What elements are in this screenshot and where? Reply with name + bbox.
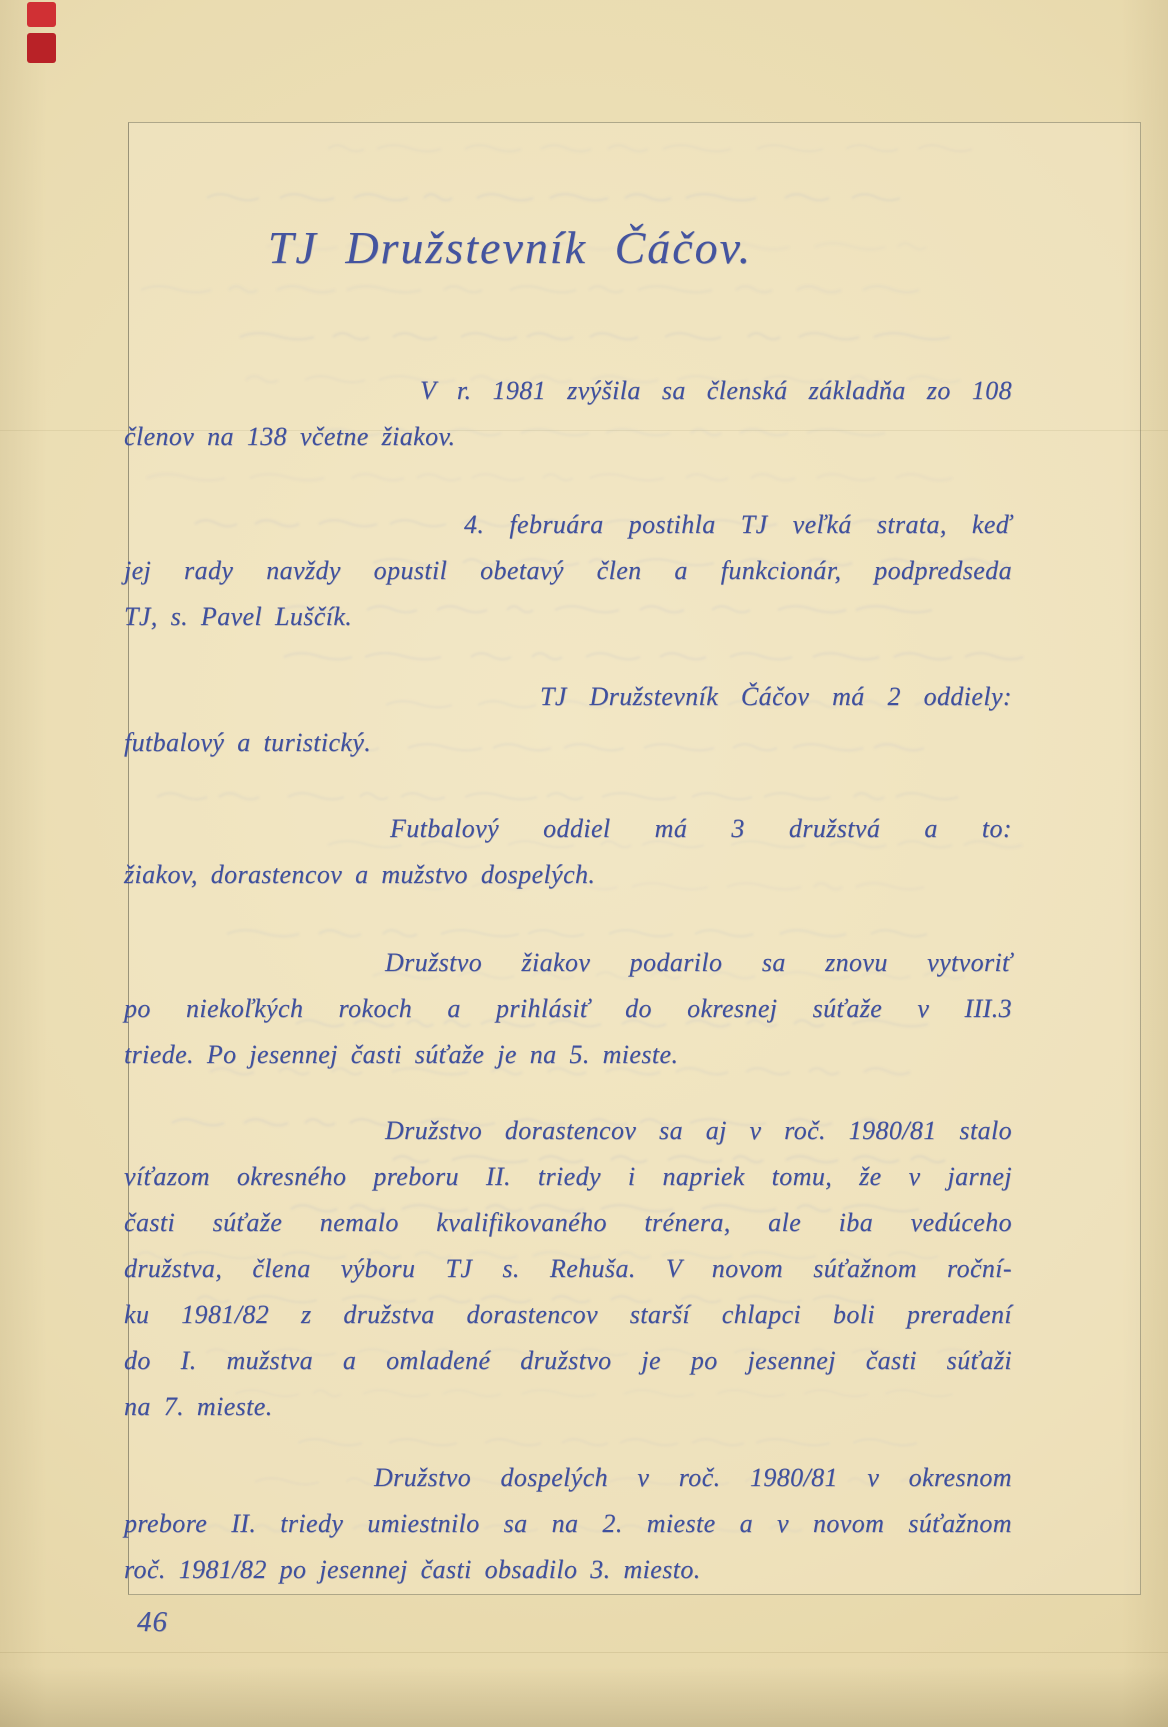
handwritten-line: Družstvo žiakov podarilo sa znovu vytvor…: [124, 940, 1012, 986]
handwritten-line: jej rady navždy opustil obetavý člen a f…: [124, 548, 1012, 594]
handwritten-line: V r. 1981 zvýšila sa členská základňa zo…: [124, 368, 1012, 414]
handwritten-line: po niekoľkých rokoch a prihlásiť do okre…: [124, 986, 1012, 1032]
paragraph: Futbalový oddiel má 3 družstvá a to:žiak…: [124, 806, 1012, 898]
handwritten-line: ku 1981/82 z družstva dorastencov starší…: [124, 1292, 1012, 1338]
handwritten-line: triede. Po jesennej časti súťaže je na 5…: [124, 1032, 1012, 1078]
handwritten-line: prebore II. triedy umiestnilo sa na 2. m…: [124, 1501, 1012, 1547]
handwritten-line: TJ, s. Pavel Luščík.: [124, 594, 1012, 640]
handwritten-line: Futbalový oddiel má 3 družstvá a to:: [124, 806, 1012, 852]
paragraph: 4. februára postihla TJ veľká strata, ke…: [124, 502, 1012, 640]
red-bookmark-segment: [27, 33, 56, 63]
handwritten-line: družstva, člena výboru TJ s. Rehuša. V n…: [124, 1246, 1012, 1292]
handwritten-line: TJ Družstevník Čáčov má 2 oddiely:: [124, 674, 1012, 720]
red-bookmark-segment: [27, 2, 56, 27]
handwritten-line: na 7. mieste.: [124, 1384, 1012, 1430]
paragraph: V r. 1981 zvýšila sa členská základňa zo…: [124, 368, 1012, 460]
handwritten-line: žiakov, dorastencov a mužstvo dospelých.: [124, 852, 1012, 898]
page-title: TJ Družstevník Čáčov.: [66, 218, 954, 278]
red-bookmark-mark: [27, 2, 56, 63]
chronicle-page-scan: TJ Družstevník Čáčov. V r. 1981 zvýšila …: [0, 0, 1168, 1727]
handwritten-line: futbalový a turistický.: [124, 720, 1012, 766]
handwritten-content: TJ Družstevník Čáčov. V r. 1981 zvýšila …: [124, 0, 1012, 1727]
paragraph: Družstvo dospelých v roč. 1980/81 v okre…: [124, 1455, 1012, 1593]
handwritten-line: Družstvo dospelých v roč. 1980/81 v okre…: [124, 1455, 1012, 1501]
handwritten-line: 4. februára postihla TJ veľká strata, ke…: [124, 502, 1012, 548]
paragraph: TJ Družstevník Čáčov má 2 oddiely:futbal…: [124, 674, 1012, 766]
paragraph: Družstvo dorastencov sa aj v roč. 1980/8…: [124, 1108, 1012, 1430]
page-number: 46: [137, 1606, 168, 1639]
handwritten-line: časti súťaže nemalo kvalifikovaného trén…: [124, 1200, 1012, 1246]
handwritten-line: víťazom okresného preboru II. triedy i n…: [124, 1154, 1012, 1200]
handwritten-line: roč. 1981/82 po jesennej časti obsadilo …: [124, 1547, 1012, 1593]
handwritten-line: členov na 138 včetne žiakov.: [124, 414, 1012, 460]
handwritten-line: Družstvo dorastencov sa aj v roč. 1980/8…: [124, 1108, 1012, 1154]
paragraph: Družstvo žiakov podarilo sa znovu vytvor…: [124, 940, 1012, 1078]
handwritten-line: do I. mužstva a omladené družstvo je po …: [124, 1338, 1012, 1384]
